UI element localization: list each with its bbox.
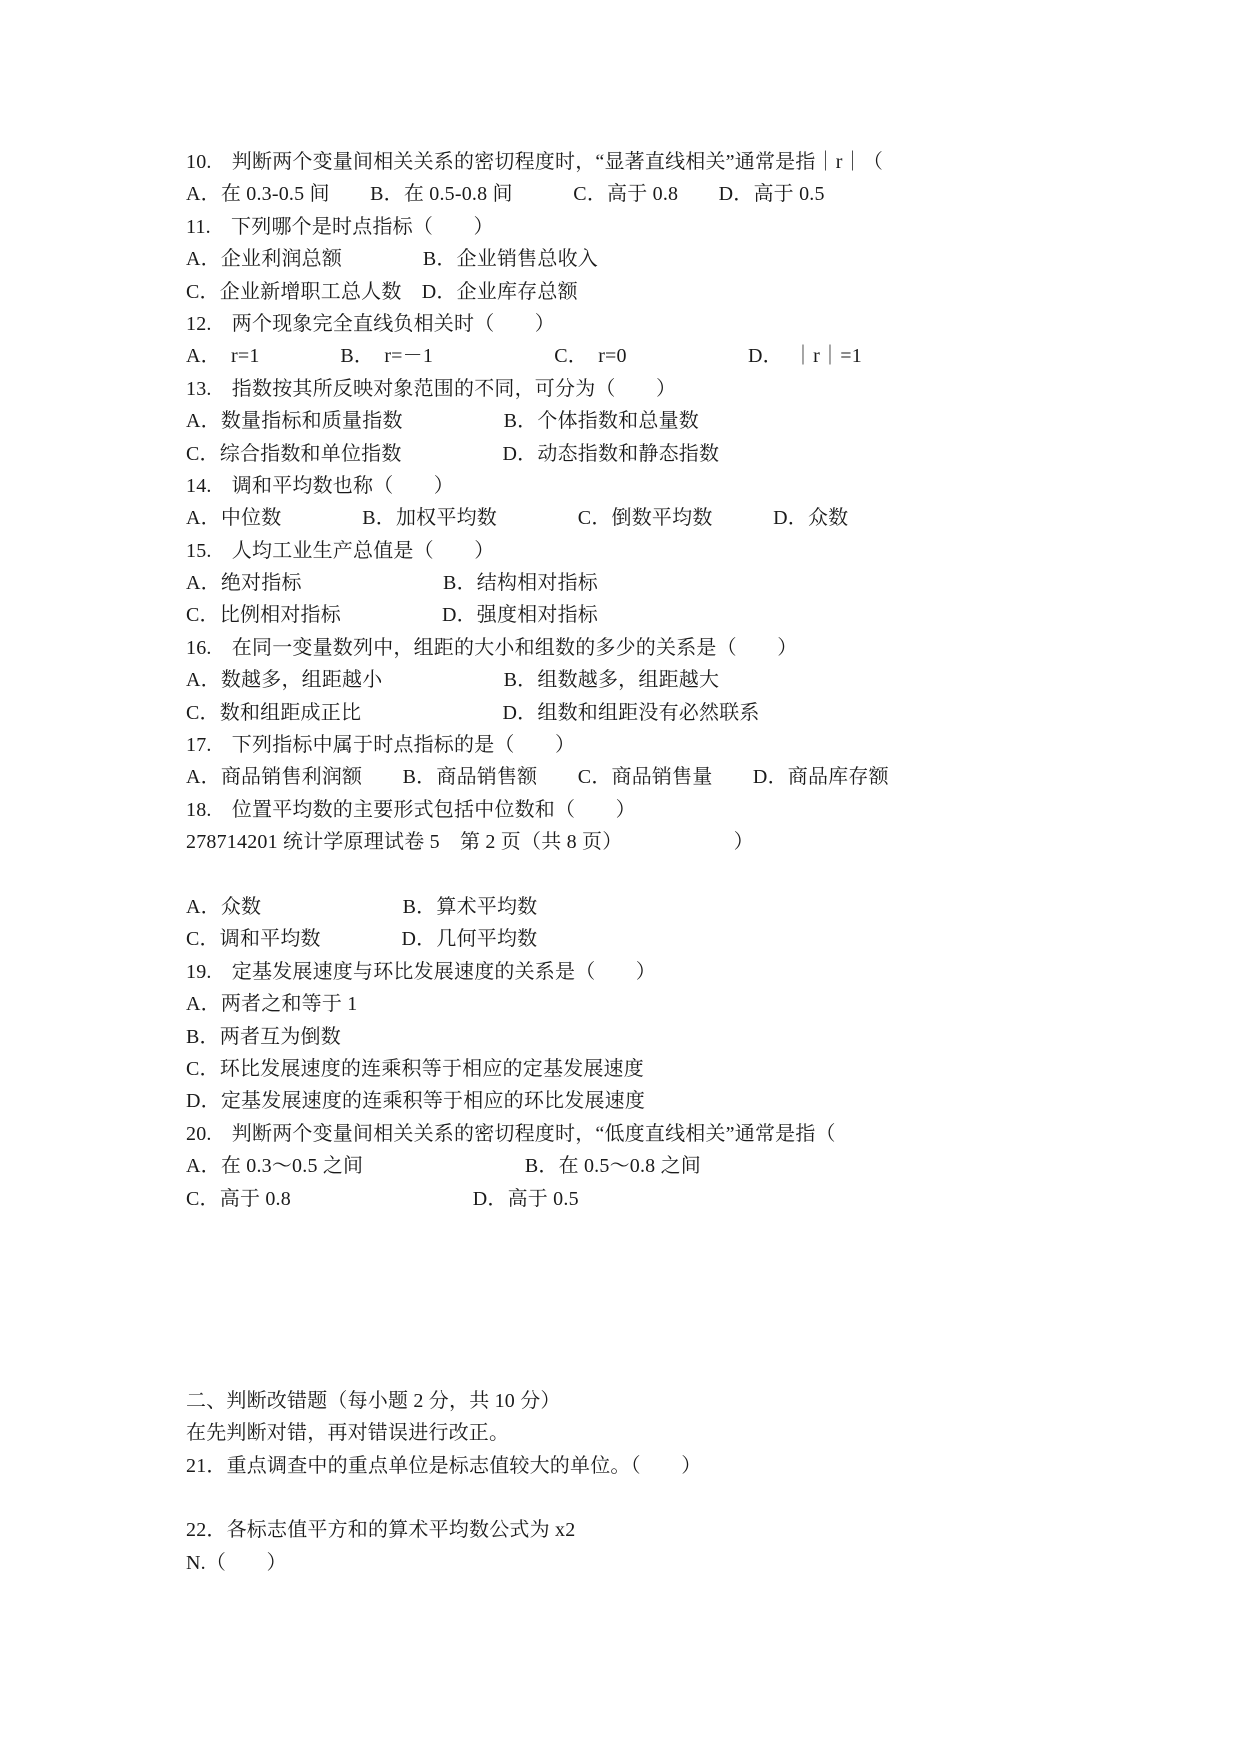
q11-options-cd: C．企业新增职工总人数 D．企业库存总额 (186, 276, 1201, 308)
judgement-section-instruction: 在先判断对错，再对错误进行改正。 (186, 1417, 1201, 1449)
q16-stem: 16. 在同一变量数列中，组距的大小和组数的多少的关系是（ ） (186, 632, 1201, 664)
q22-statement: 22．各标志值平方和的算术平均数公式为 x2 (186, 1514, 1201, 1546)
q18-options-ab: A．众数 B．算术平均数 (186, 891, 1201, 923)
q19-option-b: B．两者互为倒数 (186, 1021, 1201, 1053)
q12-stem: 12. 两个现象完全直线负相关时（ ） (186, 308, 1201, 340)
q19-option-c: C．环比发展速度的连乘积等于相应的定基发展速度 (186, 1053, 1201, 1085)
exam-content: 10. 判断两个变量间相关关系的密切程度时，“显著直线相关”通常是指｜r｜（ A… (186, 146, 1201, 1579)
q10-stem: 10. 判断两个变量间相关关系的密切程度时，“显著直线相关”通常是指｜r｜（ (186, 146, 1201, 178)
judgement-section-heading: 二、判断改错题（每小题 2 分，共 10 分） (186, 1385, 1201, 1417)
q18-options-cd: C．调和平均数 D．几何平均数 (186, 923, 1201, 955)
blank-line (186, 859, 1201, 891)
q10-options: A．在 0.3-0.5 间 B．在 0.5-0.8 间 C．高于 0.8 D．高… (186, 178, 1201, 210)
q13-stem: 13. 指数按其所反映对象范围的不同，可分为（ ） (186, 373, 1201, 405)
q19-option-d: D．定基发展速度的连乘积等于相应的环比发展速度 (186, 1085, 1201, 1117)
q22-continuation: N.（ ） (186, 1547, 1201, 1579)
q20-options-cd: C．高于 0.8 D．高于 0.5 (186, 1183, 1201, 1215)
q15-options-cd: C．比例相对指标 D．强度相对指标 (186, 599, 1201, 631)
q16-options-ab: A．数越多，组距越小 B．组数越多，组距越大 (186, 664, 1201, 696)
q13-options-cd: C．综合指数和单位指数 D．动态指数和静态指数 (186, 438, 1201, 470)
q21-statement: 21．重点调查中的重点单位是标志值较大的单位。（ ） (186, 1450, 1201, 1482)
section-gap (186, 1215, 1201, 1385)
q15-options-ab: A．绝对指标 B．结构相对指标 (186, 567, 1201, 599)
q18-stem: 18. 位置平均数的主要形式包括中位数和（ ） (186, 794, 1201, 826)
q20-options-ab: A．在 0.3～0.5 之间 B．在 0.5～0.8 之间 (186, 1150, 1201, 1182)
q16-options-cd: C．数和组距成正比 D．组数和组距没有必然联系 (186, 697, 1201, 729)
q11-stem: 11. 下列哪个是时点指标（ ） (186, 211, 1201, 243)
q17-stem: 17. 下列指标中属于时点指标的是（ ） (186, 729, 1201, 761)
q13-options-ab: A．数量指标和质量指数 B．个体指数和总量数 (186, 405, 1201, 437)
q19-option-a: A．两者之和等于 1 (186, 988, 1201, 1020)
q20-stem: 20. 判断两个变量间相关关系的密切程度时，“低度直线相关”通常是指（ (186, 1118, 1201, 1150)
blank-line (186, 1482, 1201, 1514)
q19-stem: 19. 定基发展速度与环比发展速度的关系是（ ） (186, 956, 1201, 988)
q14-options: A．中位数 B．加权平均数 C．倒数平均数 D．众数 (186, 502, 1201, 534)
q15-stem: 15. 人均工业生产总值是（ ） (186, 535, 1201, 567)
exam-page: 10. 判断两个变量间相关关系的密切程度时，“显著直线相关”通常是指｜r｜（ A… (0, 0, 1241, 1754)
q11-options-ab: A．企业利润总额 B．企业销售总收入 (186, 243, 1201, 275)
q17-options: A．商品销售利润额 B．商品销售额 C．商品销售量 D．商品库存额 (186, 761, 1201, 793)
page-footer: 278714201 统计学原理试卷 5 第 2 页（共 8 页） ） (186, 826, 1201, 858)
q12-options: A． r=1 B． r=－1 C． r=0 D． ｜r｜=1 (186, 340, 1201, 372)
q14-stem: 14. 调和平均数也称（ ） (186, 470, 1201, 502)
